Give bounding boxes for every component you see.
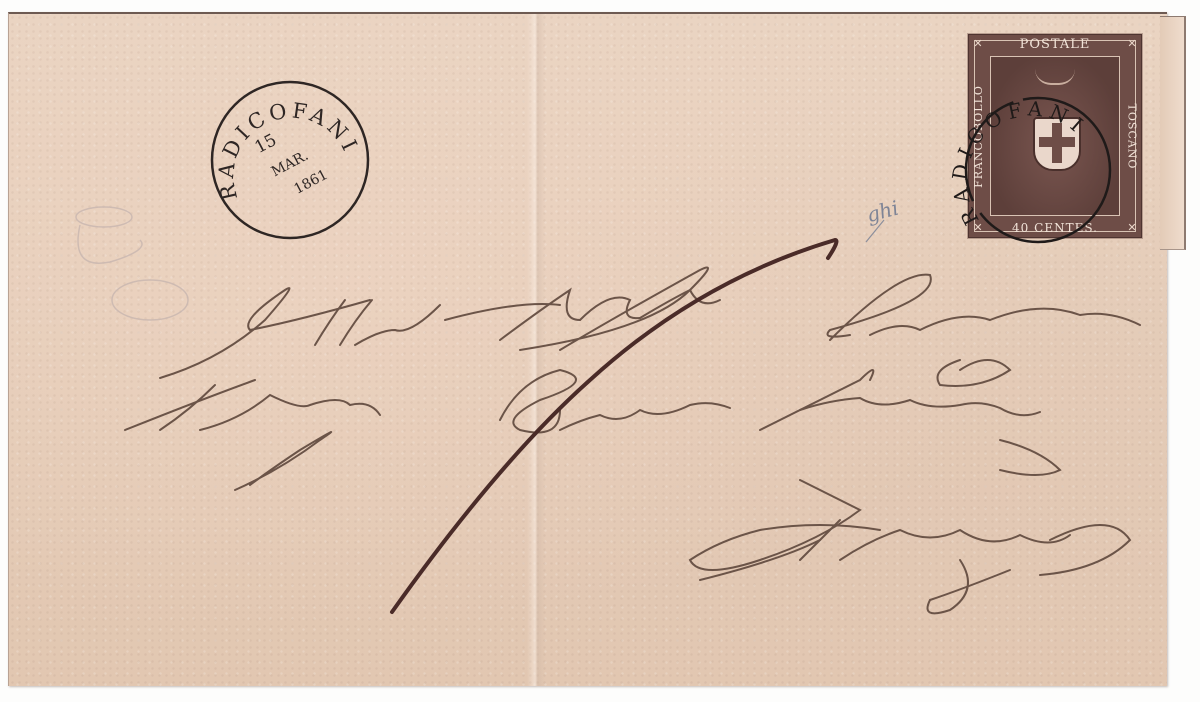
handwritten-address bbox=[0, 0, 1200, 702]
